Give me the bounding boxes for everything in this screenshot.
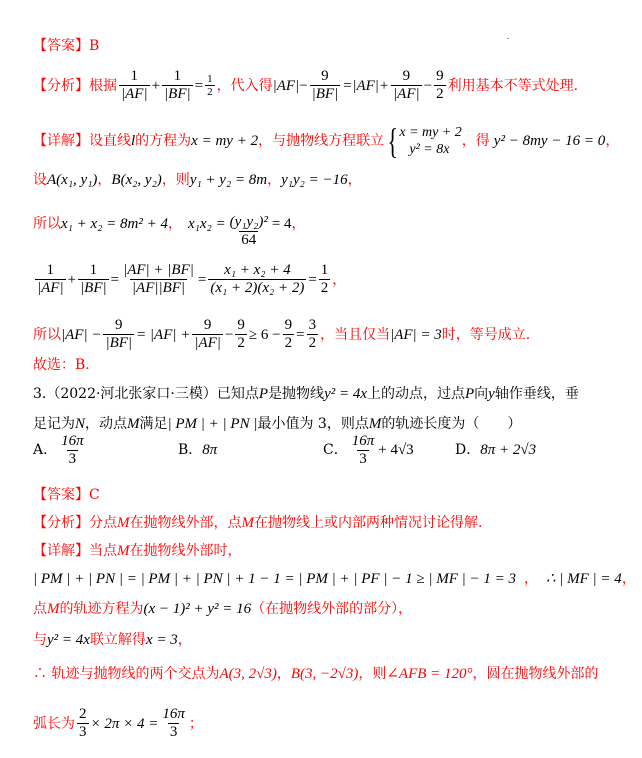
x-product-fraction: (y₁y₂)²64 [228, 214, 270, 249]
q3-stem-line2: 足记为 N ，动点 M 满足 | PM | + | PN | 最小值为 3，则点… [33, 415, 521, 433]
formula-substitution: |AF| − 9|BF| =|AF|+ 9|AF| − 92 [273, 68, 448, 103]
angle-afb: ∠AFB = 120° [386, 665, 472, 683]
detail-text: 的方程为 [135, 132, 191, 150]
q3-detail: 【详解】 当点 M 在抛物线外部时， [33, 542, 242, 560]
analysis-text: 利用基本不等式处理. [448, 77, 578, 95]
point-b: B(3, −2√3) [291, 665, 359, 683]
text: ，则 [162, 171, 190, 189]
text: 时，等号成立. [442, 326, 530, 344]
option-a[interactable]: A． 16π3 [33, 433, 88, 468]
q2-analysis: 【分析】 根据 1|AF| + 1|BF| = 12 ，代入得 |AF| − 9… [33, 68, 578, 103]
q3-arc-length: 弧长为 23 × 2π × 4 = 16π3 ； [33, 706, 203, 741]
q2-reciprocal-derivation: 1|AF| + 1|BF| = |AF| + |BF||AF||BF| = x₁… [33, 262, 346, 297]
product-of-roots: y₁y₂ = −16 [281, 171, 348, 189]
line-equation: x = my + 2 [191, 132, 258, 150]
text: 设 [33, 171, 47, 189]
distance-inequality: | PM | + | PN | = | PM | + | PN | + 1 − … [33, 570, 516, 588]
analysis-text: ，代入得 [217, 77, 273, 95]
stray-mark [507, 38, 509, 39]
q3-distance-chain: | PM | + | PN | = | PM | + | PN | + 1 − … [33, 570, 636, 588]
option-c[interactable]: C． 16π3 + 4√3 [323, 433, 414, 468]
analysis-label: 【分析】 [33, 77, 89, 95]
analysis-label: 【分析】 [33, 514, 89, 532]
q2-detail: 【详解】 设直线 l 的方程为 x = my + 2 ，与抛物线方程联立 { x… [33, 123, 619, 159]
parabola-equation: y² = 4x [324, 385, 367, 403]
x-product-lhs: x₁x₂ = [188, 215, 226, 233]
x-sum: x₁ + x₂ = 8m² + 4 [61, 215, 168, 233]
q3-solve: 与 y² = 4x 联立解得 x = 3 ， [33, 631, 192, 649]
answer-value: B [89, 37, 99, 55]
inequality-formula: |AF| − 9|BF| = |AF| + 9|AF| − 92 ≥ 6 − 9… [61, 317, 320, 352]
sum-of-roots: y₁ + y₂ = 8m [190, 171, 267, 189]
detail-label: 【详解】 [33, 132, 89, 150]
point-a: A(3, 2√3) [219, 665, 276, 683]
text: ，当且仅当 [320, 326, 390, 344]
answer-label: 【答案】 [33, 486, 89, 504]
formula: 1|AF| + 1|BF| = |AF| + |BF||AF||BF| = x₁… [33, 262, 332, 297]
detail-text: ，得 [462, 132, 490, 150]
detail-text: 设直线 [89, 132, 131, 150]
arc-formula: 23 × 2π × 4 = 16π3 [75, 706, 189, 741]
answer-value: C [89, 486, 100, 504]
formula-reciprocal-sum: 1|AF| + 1|BF| = 12 [117, 68, 217, 103]
detail-text: ，与抛物线方程联立 [258, 132, 384, 150]
point-b: B(x₂, y₂) [111, 171, 161, 189]
equality-condition: |AF| = 3 [390, 326, 442, 344]
text: 所以 [33, 326, 61, 344]
option-d[interactable]: D． 8π + 2√3 [455, 441, 536, 459]
point-a: A(x₁, y₁) [47, 171, 97, 189]
text: 所以 [33, 215, 61, 233]
q3-stem-line1: 3.（2022·河北张家口·三模）已知点 P 是抛物线 y² = 4x 上的动点… [33, 385, 579, 403]
q2-inequality: 所以 |AF| − 9|BF| = |AF| + 9|AF| − 92 ≥ 6 … [33, 317, 530, 352]
circle-equation: (x − 1)² + y² = 16 [144, 600, 252, 618]
q2-conclusion: 故选：B. [33, 356, 90, 374]
quadratic-equation: y² − 8my − 16 = 0 [494, 132, 606, 150]
option-b[interactable]: B． 8π [178, 441, 217, 459]
detail-label: 【详解】 [33, 542, 89, 560]
answer-label: 【答案】 [33, 37, 89, 55]
q3-locus: 点 M 的轨迹方程为 (x − 1)² + y² = 16 （在抛物线外部的部分… [33, 600, 412, 618]
q3-answer: 【答案】 C [33, 486, 100, 504]
analysis-text: 根据 [89, 77, 117, 95]
q3-intersection: ∴ 轨迹与抛物线的两个交点为 A(3, 2√3) ， B(3, −2√3) ，则… [33, 665, 599, 683]
equation-system: { x = my + 2 y² = 8x [384, 123, 462, 159]
q2-x-relations: 所以 x₁ + x₂ = 8m² + 4 ， x₁x₂ = (y₁y₂)²64 … [33, 206, 306, 241]
distance-condition: | PM | + | PN | [168, 415, 258, 433]
mf-result: ∴ | MF | = 4 [546, 570, 622, 588]
q2-vieta: 设 A(x₁, y₁) ， B(x₂, y₂) ，则 y₁ + y₂ = 8m … [33, 171, 362, 189]
q2-answer: 【答案】 B [33, 37, 99, 55]
q3-analysis: 【分析】 分点 M 在抛物线外部，点 M 在抛物线上或内部两种情况讨论得解. [33, 514, 482, 532]
